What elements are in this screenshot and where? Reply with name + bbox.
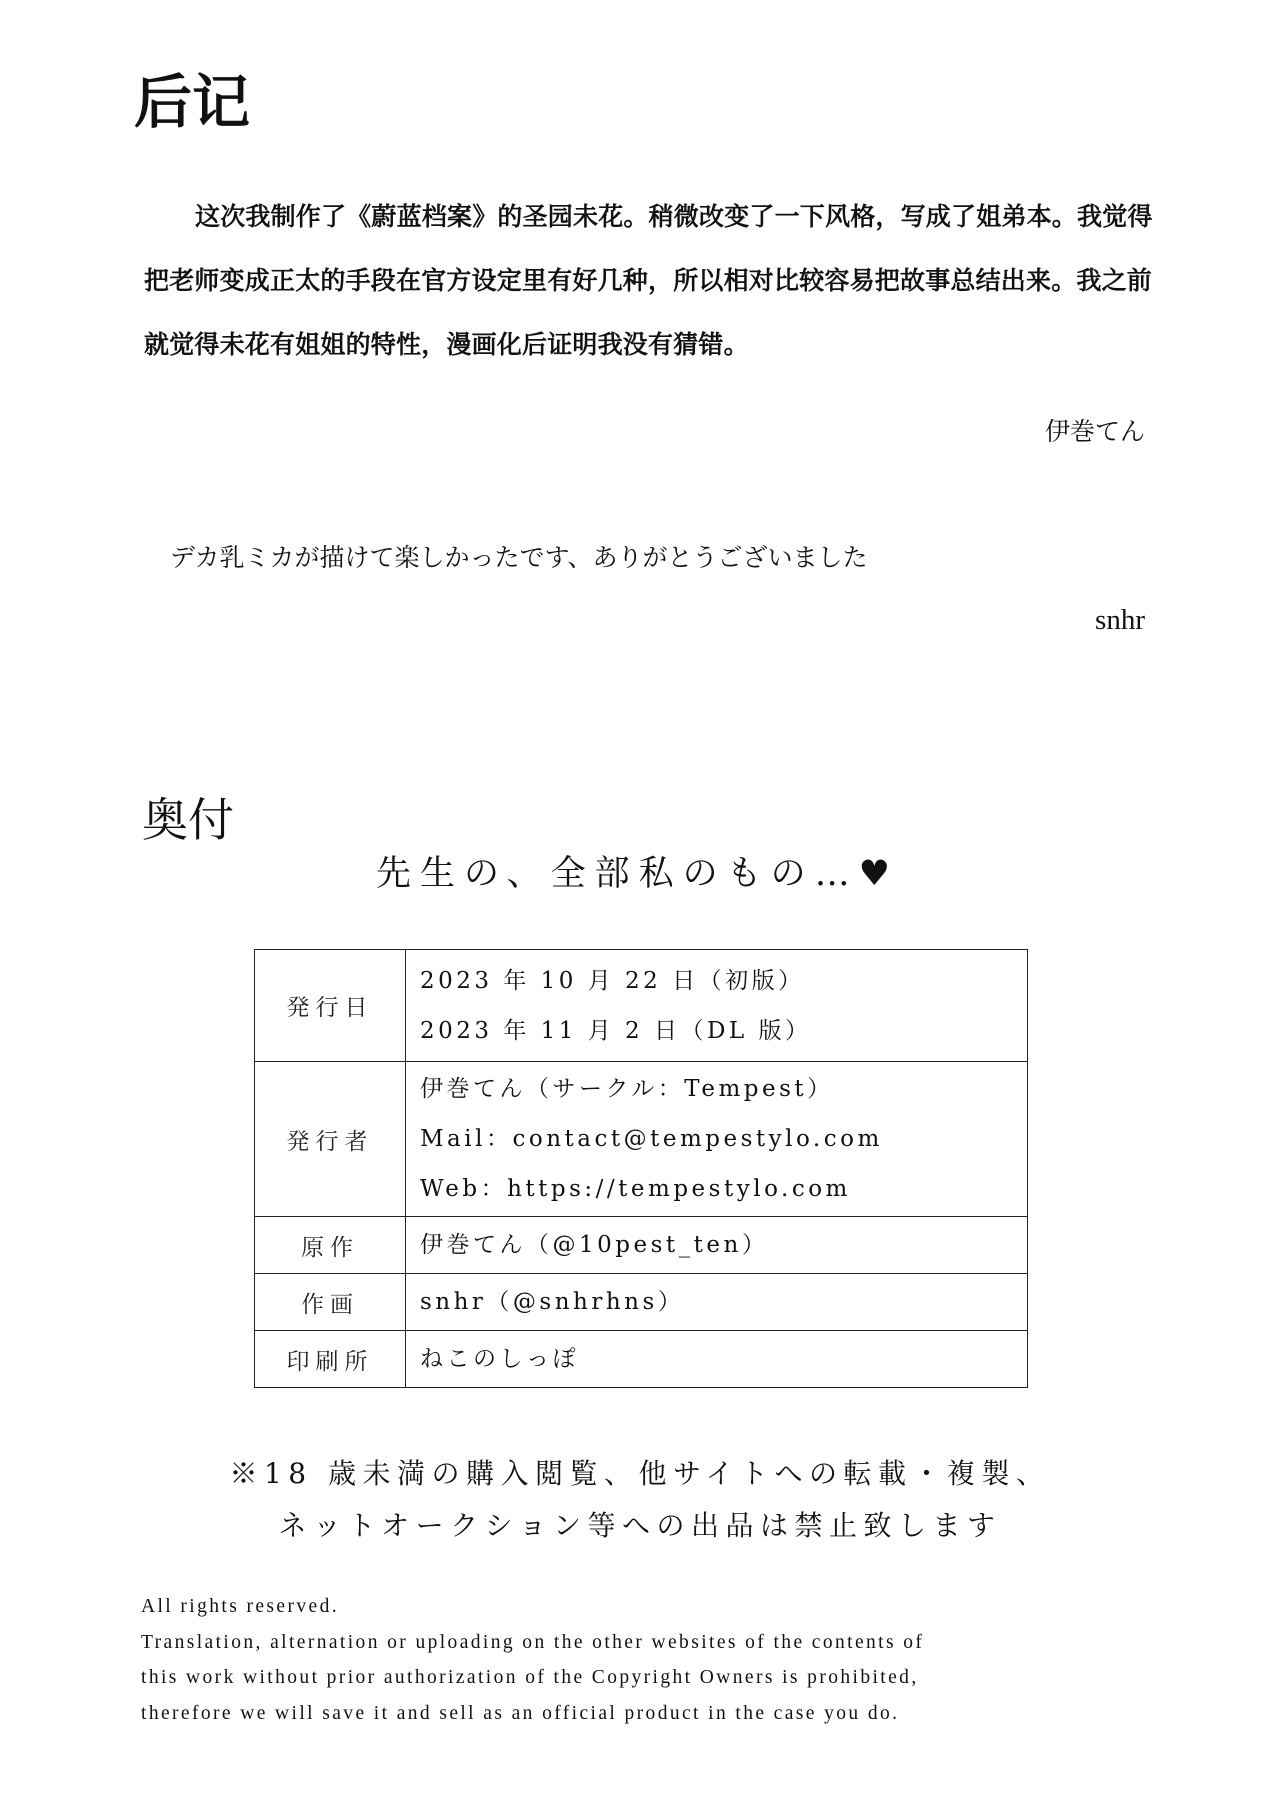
colophon-table: 発行日 2023 年 10 月 22 日（初版） 2023 年 11 月 2 日… bbox=[254, 949, 1028, 1388]
row-label: 印刷所 bbox=[255, 1331, 406, 1388]
row-value: 2023 年 10 月 22 日（初版） 2023 年 11 月 2 日（DL … bbox=[406, 950, 1028, 1062]
paragraph-line: 把老师变成正太的手段在官方设定里有好几种，所以相对比较容易把故事总结出来。我之前 bbox=[144, 249, 1144, 313]
notice-line: ネットオークション等への出品は禁止致します bbox=[0, 1500, 1280, 1552]
value-line: 伊巻てん（サークル：Tempest） bbox=[420, 1064, 1027, 1114]
value-line: 伊巻てん（@10pest_ten） bbox=[420, 1220, 1027, 1270]
afterword-heading: 后记 bbox=[134, 66, 250, 138]
signature-author: 伊巻てん bbox=[1045, 414, 1145, 450]
rights-line: this work without prior authorization of… bbox=[141, 1660, 924, 1696]
row-value: 伊巻てん（サークル：Tempest） Mail：contact@tempesty… bbox=[406, 1062, 1028, 1217]
rights-line: Translation, alternation or uploading on… bbox=[141, 1625, 924, 1661]
rights-line: therefore we will save it and sell as an… bbox=[141, 1696, 924, 1732]
table-row-publish-date: 発行日 2023 年 10 月 22 日（初版） 2023 年 11 月 2 日… bbox=[255, 950, 1028, 1062]
value-line: snhr（@snhrhns） bbox=[420, 1277, 1027, 1327]
signature-artist: snhr bbox=[1095, 602, 1145, 638]
rights-line: All rights reserved. bbox=[141, 1589, 924, 1625]
paragraph-line: 这次我制作了《蔚蓝档案》的圣园未花。稍微改变了一下风格，写成了姐弟本。我觉得 bbox=[144, 185, 1144, 249]
contact-email: Mail：contact@tempestylo.com bbox=[420, 1114, 1027, 1164]
table-row-original-work: 原作 伊巻てん（@10pest_ten） bbox=[255, 1217, 1028, 1274]
paragraph-line: 就觉得未花有姐姐的特性，漫画化后证明我没有猜错。 bbox=[144, 313, 1144, 377]
value-line: ねこのしっぽ bbox=[420, 1334, 1027, 1384]
value-line: 2023 年 11 月 2 日（DL 版） bbox=[420, 1006, 1027, 1056]
notice-line: ※18 歳未満の購入閲覧、他サイトへの転載・複製、 bbox=[0, 1448, 1280, 1500]
value-line: 2023 年 10 月 22 日（初版） bbox=[420, 956, 1027, 1006]
artist-message: デカ乳ミカが描けて楽しかったです、ありがとうございました bbox=[170, 540, 868, 576]
table-row-printer: 印刷所 ねこのしっぽ bbox=[255, 1331, 1028, 1388]
website-url: Web：https://tempestylo.com bbox=[420, 1164, 1027, 1214]
book-title: 先生の、全部私のもの…♥ bbox=[376, 852, 899, 896]
table-row-publisher: 発行者 伊巻てん（サークル：Tempest） Mail：contact@temp… bbox=[255, 1062, 1028, 1217]
row-label: 発行者 bbox=[255, 1062, 406, 1217]
row-label: 作画 bbox=[255, 1274, 406, 1331]
row-value: snhr（@snhrhns） bbox=[406, 1274, 1028, 1331]
copyright-notice: All rights reserved. Translation, altern… bbox=[141, 1589, 924, 1731]
row-label: 原作 bbox=[255, 1217, 406, 1274]
table-row-artwork: 作画 snhr（@snhrhns） bbox=[255, 1274, 1028, 1331]
row-label: 発行日 bbox=[255, 950, 406, 1062]
row-value: ねこのしっぽ bbox=[406, 1331, 1028, 1388]
afterword-paragraph: 这次我制作了《蔚蓝档案》的圣园未花。稍微改变了一下风格，写成了姐弟本。我觉得 把… bbox=[144, 185, 1144, 377]
colophon-heading: 奥付 bbox=[142, 790, 234, 850]
age-restriction-notice: ※18 歳未満の購入閲覧、他サイトへの転載・複製、 ネットオークション等への出品… bbox=[0, 1448, 1280, 1552]
row-value: 伊巻てん（@10pest_ten） bbox=[406, 1217, 1028, 1274]
